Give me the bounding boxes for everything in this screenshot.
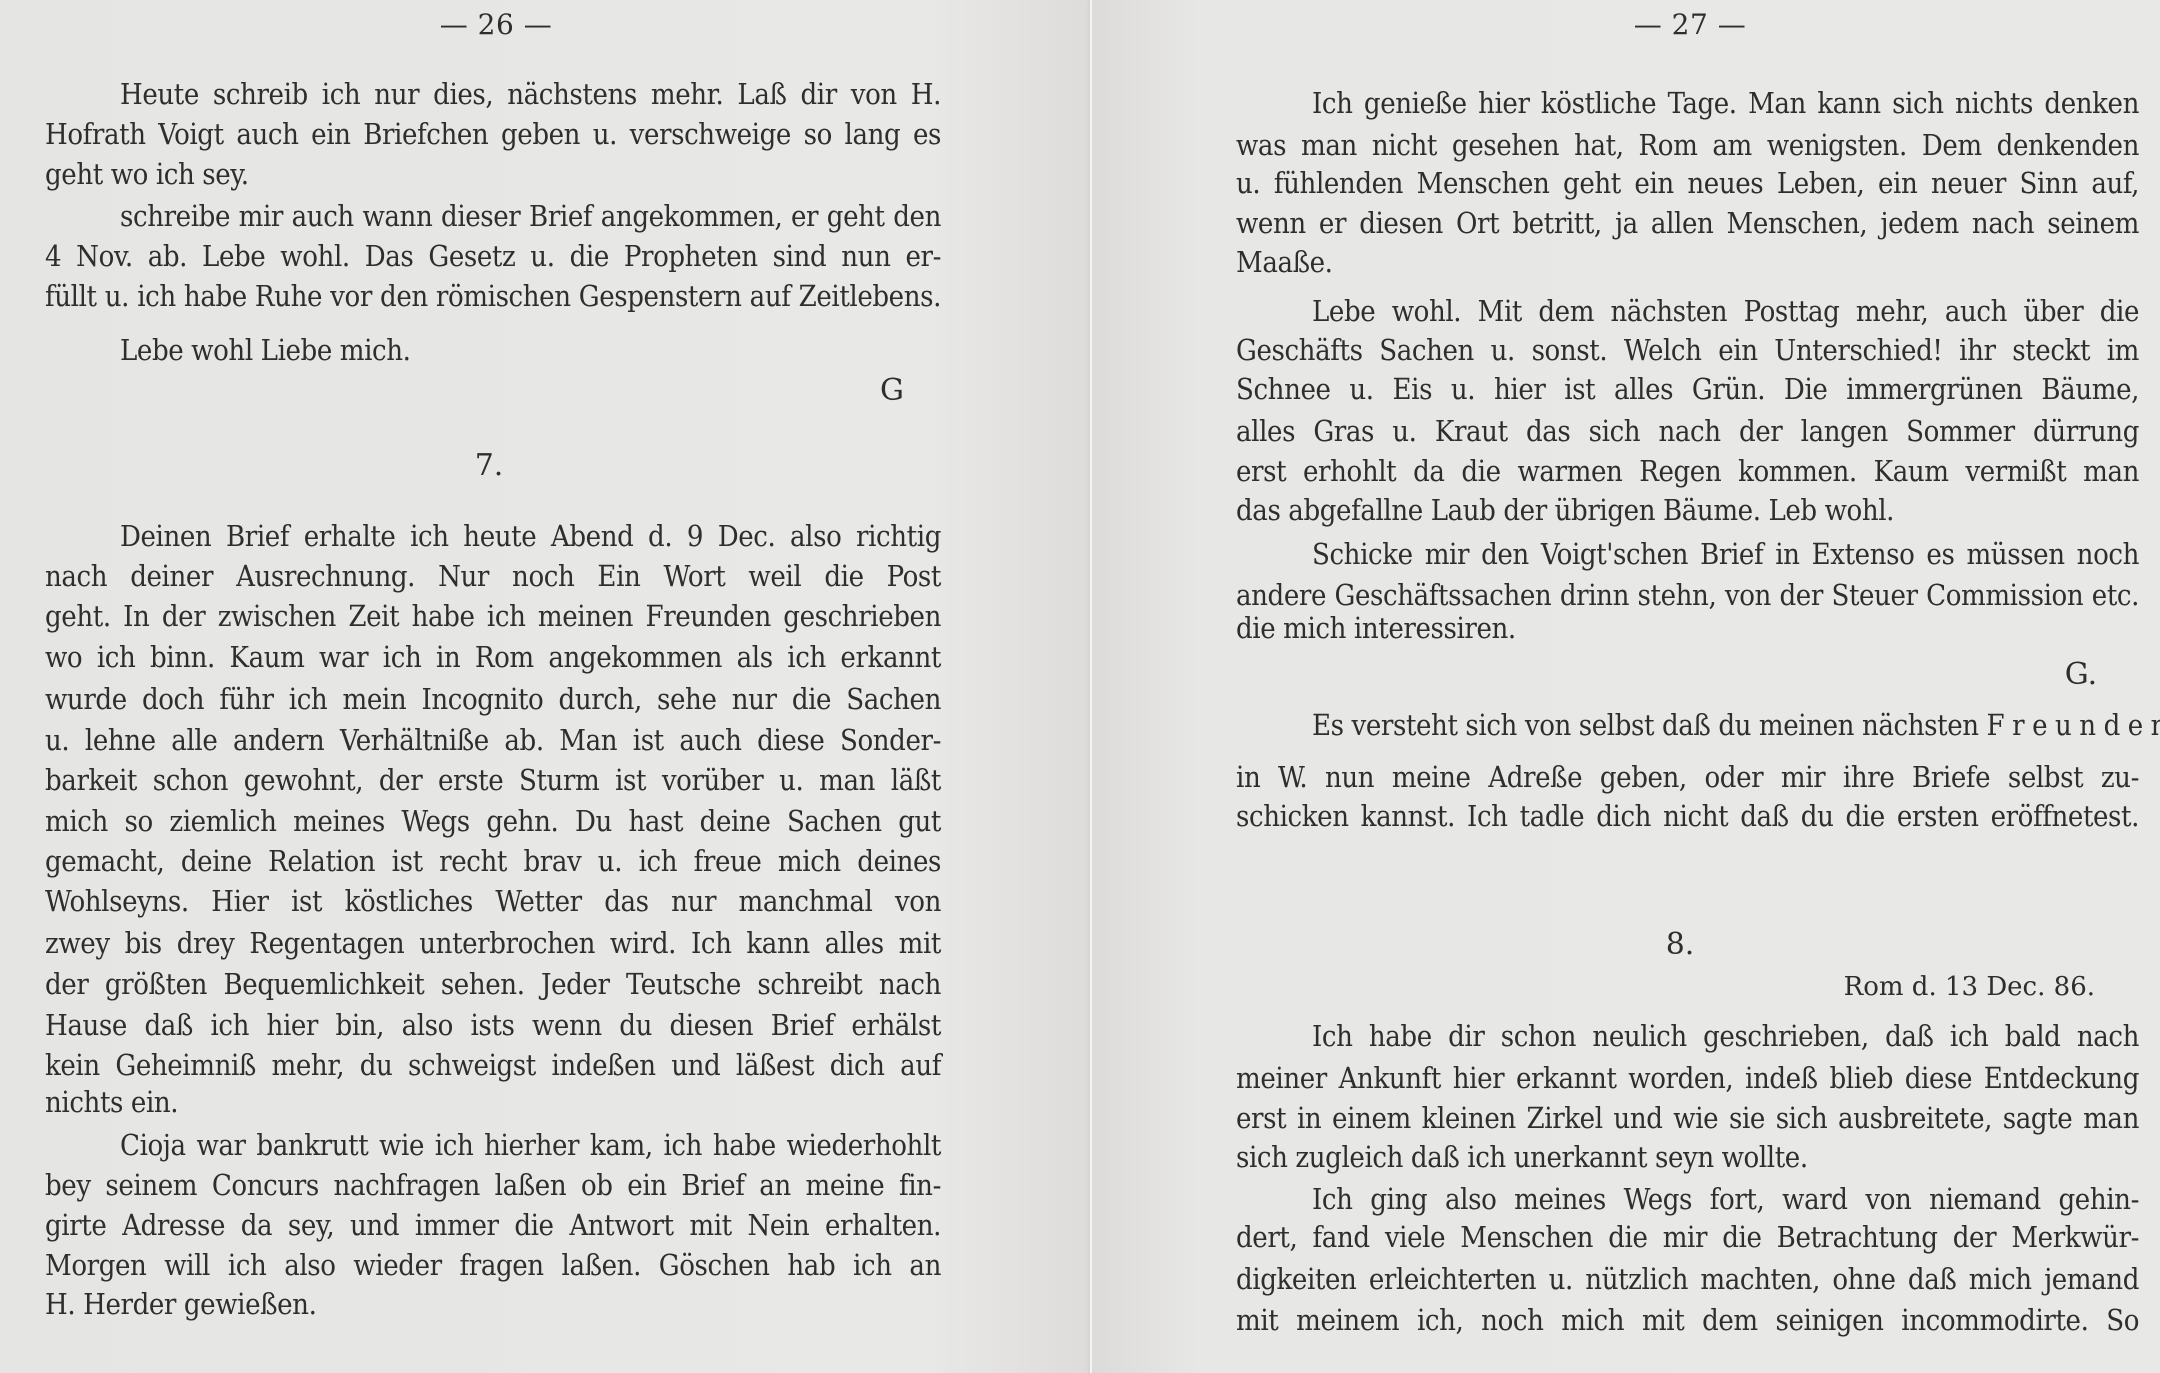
text-line: wurde doch führ ich mein Incognito durch… xyxy=(45,679,941,719)
left-page: — 26 — Heute schreib ich nur dies, nächs… xyxy=(0,0,1092,1373)
signature: G. xyxy=(2065,655,2097,695)
letter-number: 7. xyxy=(475,446,504,486)
text-line: die mich interessiren. xyxy=(1236,608,2139,648)
text-line: geht wo ich sey. xyxy=(45,154,941,194)
text-line: Maaße. xyxy=(1236,242,2139,282)
text-line: Deinen Brief erhalte ich heute Abend d. … xyxy=(120,516,941,556)
text-line: H. Herder gewießen. xyxy=(45,1284,941,1324)
text-line: 4 Nov. ab. Lebe wohl. Das Gesetz u. die … xyxy=(45,236,941,276)
text-line: kein Geheimniß mehr, du schweigst indeße… xyxy=(45,1045,941,1085)
text-line: Schicke mir den Voigt'schen Brief in Ext… xyxy=(1312,534,2139,574)
text-line: zwey bis drey Regentagen unterbrochen wi… xyxy=(45,923,941,963)
text-line: füllt u. ich habe Ruhe vor den römischen… xyxy=(45,276,941,316)
text-line: Schnee u. Eis u. hier ist alles Grün. Di… xyxy=(1236,369,2139,409)
text-line: sich zugleich daß ich unerkannt seyn wol… xyxy=(1236,1137,2139,1177)
text-line: Geschäfts Sachen u. sonst. Welch ein Unt… xyxy=(1236,330,2139,370)
text-line: alles Gras u. Kraut das sich nach der la… xyxy=(1236,411,2139,451)
text-line: nach deiner Ausrechnung. Nur noch Ein Wo… xyxy=(45,556,941,596)
signature: G xyxy=(880,371,904,411)
text-line: schreibe mir auch wann dieser Brief ange… xyxy=(120,196,941,236)
text-line: Ich ging also meines Wegs fort, ward von… xyxy=(1312,1179,2139,1219)
text-line: Wohlseyns. Hier ist köstliches Wetter da… xyxy=(45,881,941,921)
text-line: mich so ziemlich meines Wegs gehn. Du ha… xyxy=(45,801,941,841)
text-line: Ich genieße hier köstliche Tage. Man kan… xyxy=(1312,83,2139,123)
text-line: Morgen will ich also wieder fragen laßen… xyxy=(45,1245,941,1285)
text-line: u. lehne alle andern Verhältniße ab. Man… xyxy=(45,720,941,760)
dateline: Rom d. 13 Dec. 86. xyxy=(1844,970,2095,1004)
text-line: Ich habe dir schon neulich geschrieben, … xyxy=(1312,1016,2139,1056)
text-line: barkeit schon gewohnt, der erste Sturm i… xyxy=(45,760,941,800)
text-line: Hause daß ich hier bin, also ists wenn d… xyxy=(45,1005,941,1045)
text-line: Lebe wohl Liebe mich. xyxy=(120,330,941,370)
book-spread: — 26 — Heute schreib ich nur dies, nächs… xyxy=(0,0,2160,1373)
text-line: Cioja war bankrutt wie ich hierher kam, … xyxy=(120,1125,941,1165)
right-page: — 27 — Ich genieße hier köstliche Tage. … xyxy=(1092,0,2160,1373)
text-line: mit meinem ich, noch mich mit dem seinig… xyxy=(1236,1300,2139,1340)
page-number: — 26 — xyxy=(440,10,552,40)
text-line: wo ich binn. Kaum war ich in Rom angekom… xyxy=(45,637,941,677)
text-line: wenn er diesen Ort betritt, ja allen Men… xyxy=(1236,203,2139,243)
text-line: was man nicht gesehen hat, Rom am wenigs… xyxy=(1236,125,2139,165)
text-line: Es versteht sich von selbst daß du meine… xyxy=(1312,705,2139,745)
letter-number: 8. xyxy=(1666,925,1695,965)
text-line: geht. In der zwischen Zeit habe ich mein… xyxy=(45,596,941,636)
text-line: in W. nun meine Adreße geben, oder mir i… xyxy=(1236,757,2139,797)
text-line: dert, fand viele Menschen die mir die Be… xyxy=(1236,1217,2139,1257)
text-line: u. fühlenden Menschen geht ein neues Leb… xyxy=(1236,163,2139,203)
text-line: bey seinem Concurs nachfragen laßen ob e… xyxy=(45,1165,941,1205)
text-line: meiner Ankunft hier erkannt worden, inde… xyxy=(1236,1058,2139,1098)
page-number: — 27 — xyxy=(1634,10,1746,40)
text-line: erst in einem kleinen Zirkel und wie sie… xyxy=(1236,1098,2139,1138)
text-line: gemacht, deine Relation ist recht brav u… xyxy=(45,841,941,881)
text-line: Lebe wohl. Mit dem nächsten Posttag mehr… xyxy=(1312,291,2139,331)
text-line: Heute schreib ich nur dies, nächstens me… xyxy=(120,74,941,114)
text-line: erst erhohlt da die warmen Regen kommen.… xyxy=(1236,451,2139,491)
text-line: schicken kannst. Ich tadle dich nicht da… xyxy=(1236,796,2139,836)
text-line: digkeiten erleichterten u. nützlich mach… xyxy=(1236,1259,2139,1299)
text-line: girte Adresse da sey, und immer die Antw… xyxy=(45,1205,941,1245)
text-line: Hofrath Voigt auch ein Briefchen geben u… xyxy=(45,114,941,154)
text-line: nichts ein. xyxy=(45,1082,941,1122)
text-line: der größten Bequemlichkeit sehen. Jeder … xyxy=(45,964,941,1004)
text-line: das abgefallne Laub der übrigen Bäume. L… xyxy=(1236,490,2139,530)
